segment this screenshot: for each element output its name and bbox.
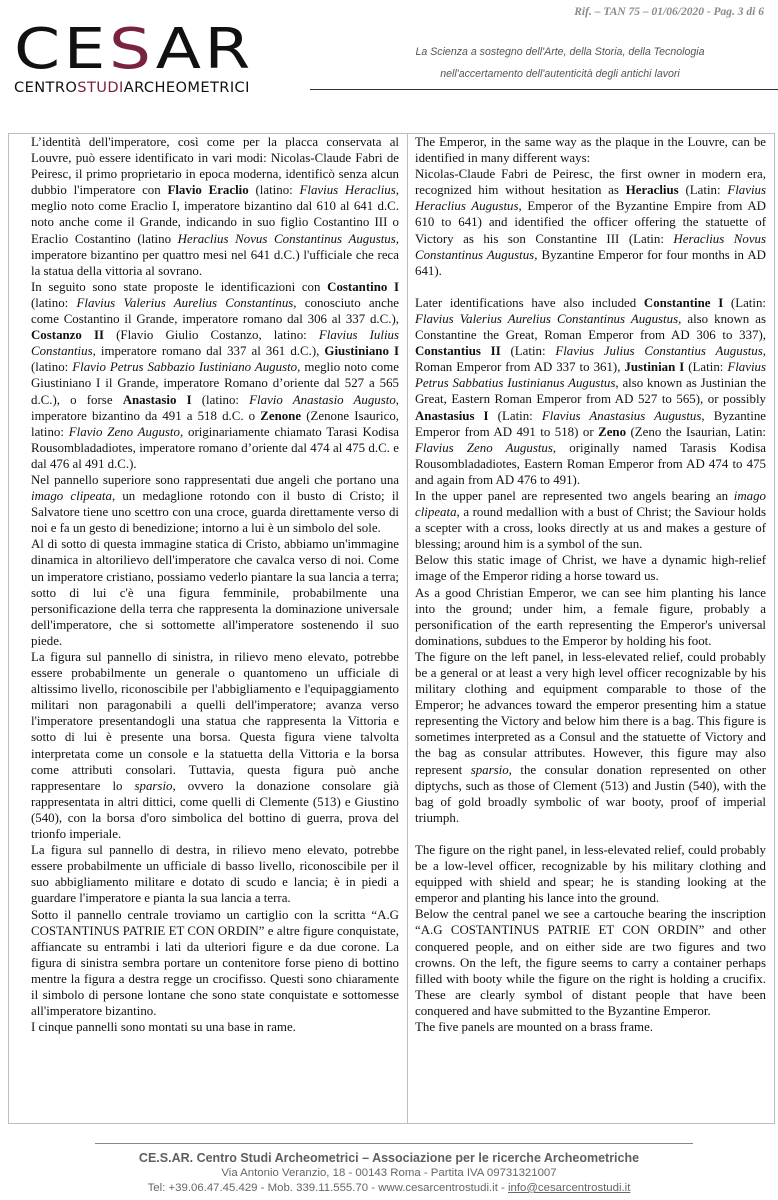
header-divider	[310, 89, 778, 90]
paragraph: Below the central panel we see a cartouc…	[415, 906, 766, 1019]
paragraph: The figure on the left panel, in less-el…	[415, 649, 766, 826]
text-run: (Latin:	[684, 360, 727, 374]
italic-latin-term: Heraclius Novus Constantinus Augustus,	[178, 232, 399, 246]
italic-latin-term: Flavius Heraclius	[299, 183, 395, 197]
logo-part-2: AR	[156, 17, 254, 82]
paragraph: Later identifications have also included…	[415, 295, 766, 488]
text-run: (Latin:	[489, 409, 542, 423]
italic-latin-term: Flavius Valerius Aurelius Constantinus	[77, 296, 294, 310]
footer-phone-web: Tel: +39.06.47.45.429 - Mob. 339.11.555.…	[148, 1182, 508, 1194]
italic-latin-term: Flavius Anastasius Augustus	[542, 409, 702, 423]
text-run: In the upper panel are represented two a…	[415, 489, 734, 503]
italic-latin-term: Flavius Julius Constantius Augustus	[555, 344, 762, 358]
text-run: (Latin:	[501, 344, 556, 358]
paragraph: I cinque pannelli sono montati su una ba…	[31, 1019, 399, 1035]
text-run: (latino:	[249, 183, 300, 197]
text-run: (Flavio Giulio Costanzo, latino:	[104, 328, 319, 342]
text-run: In seguito sono state proposte le identi…	[31, 280, 327, 294]
paragraph-spacer	[415, 826, 766, 842]
paragraph: La figura sul pannello di sinistra, in r…	[31, 649, 399, 842]
bold-name: Heraclius	[626, 183, 679, 197]
text-run: (Latin:	[723, 296, 766, 310]
text-run: La figura sul pannello di sinistra, in r…	[31, 650, 399, 793]
text-run: imperatore bizantino per quattro mesi ne…	[31, 248, 399, 278]
text-run: Below this static image of Christ, we ha…	[415, 553, 766, 583]
italic-latin-term: Flavio Anastasio Augusto	[249, 393, 396, 407]
paragraph: Nicolas-Claude Fabri de Peiresc, the fir…	[415, 166, 766, 279]
english-column: The Emperor, in the same way as the plaq…	[408, 134, 774, 1123]
paragraph: Sotto il pannello centrale troviamo un c…	[31, 907, 399, 1020]
paragraph: The five panels are mounted on a brass f…	[415, 1019, 766, 1035]
text-run: The five panels are mounted on a brass f…	[415, 1020, 653, 1034]
footer-email-link[interactable]: info@cesarcentrostudi.it	[508, 1182, 630, 1194]
bold-name: Costanzo II	[31, 328, 104, 342]
italian-column: L’identità dell'imperatore, così come pe…	[9, 134, 408, 1123]
paragraph: Below this static image of Christ, we ha…	[415, 552, 766, 584]
page-reference: Rif. – TAN 75 – 01/06/2020 - Pag. 3 di 6	[574, 6, 764, 18]
text-run: I cinque pannelli sono montati su una ba…	[31, 1020, 296, 1034]
logo-part-1: CE	[14, 17, 109, 82]
text-run: The figure on the right panel, in less-e…	[415, 843, 766, 905]
text-run: (latino:	[31, 360, 72, 374]
italic-latin-term: Flavius Zeno Augustus	[415, 441, 553, 455]
bold-name: Constantius II	[415, 344, 501, 358]
bold-name: Anastasio I	[123, 393, 192, 407]
text-run: Later identifications have also included	[415, 296, 644, 310]
bold-name: Zenone	[260, 409, 301, 423]
logo-accent-letter: S	[109, 17, 156, 82]
paragraph: Nel pannello superiore sono rappresentat…	[31, 472, 399, 536]
paragraph: In the upper panel are represented two a…	[415, 488, 766, 552]
footer-organization: CE.S.AR. Centro Studi Archeometrici – As…	[0, 1151, 778, 1165]
footer-divider	[95, 1143, 693, 1144]
text-run: (latino:	[31, 296, 77, 310]
text-run: The figure on the left panel, in less-el…	[415, 650, 766, 777]
text-run: (Zeno the Isaurian, Latin:	[626, 425, 766, 439]
tagline-line-2: nell'accertamento dell'autenticità degli…	[395, 68, 725, 80]
bold-name: Flavio Eraclio	[167, 183, 248, 197]
paragraph: La figura sul pannello di destra, in ril…	[31, 842, 399, 906]
text-run: Sotto il pannello centrale troviamo un c…	[31, 908, 399, 1019]
italic-latin-term: Flavio Zeno Augusto	[69, 425, 180, 439]
footer-address: Via Antonio Veranzio, 18 - 00143 Roma - …	[0, 1167, 778, 1179]
bold-name: Justinian I	[624, 360, 684, 374]
bold-name: Constantine I	[644, 296, 723, 310]
paragraph: The Emperor, in the same way as the plaq…	[415, 134, 766, 166]
bold-name: Costantino I	[327, 280, 399, 294]
text-run: imperatore romano dal 337 al 361 d.C.),	[96, 344, 325, 358]
italic-latin-term: Flavio Petrus Sabbazio Iustiniano August…	[72, 360, 297, 374]
text-run: As a good Christian Emperor, we can see …	[415, 586, 766, 648]
paragraph: As a good Christian Emperor, we can see …	[415, 585, 766, 649]
footer-contacts: Tel: +39.06.47.45.429 - Mob. 339.11.555.…	[0, 1182, 778, 1194]
text-run: Below the central panel we see a cartouc…	[415, 907, 766, 1018]
text-run: , a round medallion with a bust of Chris…	[415, 505, 766, 551]
bold-name: Zeno	[598, 425, 626, 439]
bold-name: Anastasius I	[415, 409, 489, 423]
cesar-logo: CESAR CENTROSTUDIARCHEOMETRICI	[14, 22, 250, 96]
italic-latin-term: imago clipeata	[31, 489, 112, 503]
paragraph-spacer	[415, 279, 766, 295]
paragraph: In seguito sono state proposte le identi…	[31, 279, 399, 472]
paragraph: Al di sotto di questa immagine statica d…	[31, 536, 399, 649]
tagline-line-1: La Scienza a sostegno dell'Arte, della S…	[395, 46, 725, 58]
italic-latin-term: sparsio	[135, 779, 173, 793]
paragraph: The figure on the right panel, in less-e…	[415, 842, 766, 906]
bilingual-text-table: L’identità dell'imperatore, così come pe…	[8, 133, 775, 1124]
text-run: (Latin:	[679, 183, 728, 197]
bold-name: Giustiniano I	[324, 344, 399, 358]
logo-wordmark: CESAR	[14, 22, 292, 78]
text-run: Al di sotto di questa immagine statica d…	[31, 537, 399, 648]
text-run: Nel pannello superiore sono rappresentat…	[31, 473, 399, 487]
italic-latin-term: sparsio	[471, 763, 509, 777]
text-run: The Emperor, in the same way as the plaq…	[415, 135, 766, 165]
text-run: La figura sul pannello di destra, in ril…	[31, 843, 399, 905]
paragraph: L’identità dell'imperatore, così come pe…	[31, 134, 399, 279]
text-run: (latino:	[192, 393, 250, 407]
italic-latin-term: Flavius Valerius Aurelius Constantinus A…	[415, 312, 678, 326]
